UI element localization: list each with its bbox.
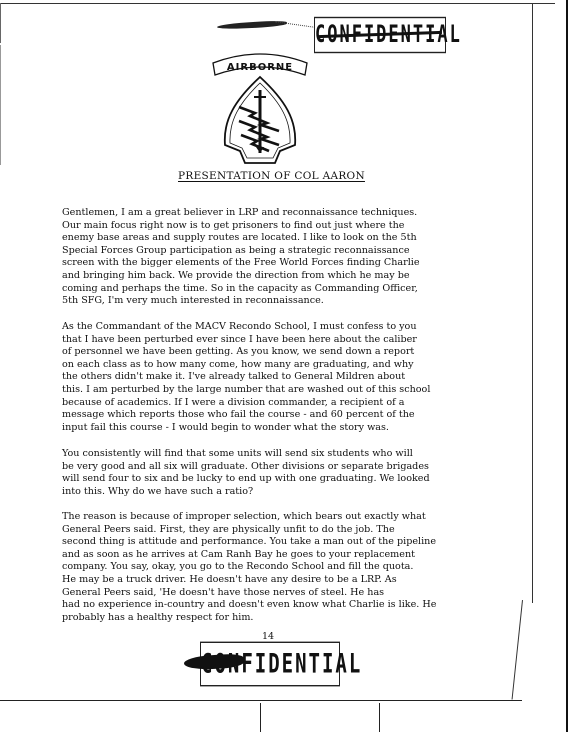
- text-line: company. You say, okay, you go to the Re…: [62, 561, 522, 574]
- paragraph-1: Gentlemen, I am a great believer in LRP …: [62, 207, 522, 308]
- page-edge-left-lower: [0, 45, 1, 165]
- text-line: second thing is attitude and performance…: [62, 536, 522, 549]
- text-line: enemy base areas and supply routes are l…: [62, 232, 522, 245]
- text-line: The reason is because of improper select…: [62, 511, 522, 524]
- text-line: that I have been perturbed ever since I …: [62, 334, 522, 347]
- text-line: the others didn't make it. I've already …: [62, 371, 522, 384]
- paragraph-3: You consistently will find that some uni…: [62, 448, 522, 498]
- text-line: 5th SFG, I'm very much interested in rec…: [62, 295, 522, 308]
- text-line: Our main focus right now is to get priso…: [62, 220, 522, 233]
- text-line: will send four to six and be lucky to en…: [62, 473, 522, 486]
- text-line: He may be a truck driver. He doesn't hav…: [62, 574, 522, 587]
- document-title: PRESENTATION OF COL AARON: [178, 170, 365, 182]
- page-edge-left: [0, 3, 1, 43]
- text-line: Gentlemen, I am a great believer in LRP …: [62, 207, 522, 220]
- text-line: of personnel we have been getting. As yo…: [62, 346, 522, 359]
- text-line: this. I am perturbed by the large number…: [62, 384, 522, 397]
- text-line: on each class as to how many come, how m…: [62, 359, 522, 372]
- page-edge-top: [0, 3, 555, 4]
- text-line: General Peers said. First, they are phys…: [62, 524, 522, 537]
- text-line: probably has a healthy respect for him.: [62, 612, 522, 625]
- paragraph-2: As the Commandant of the MACV Recondo Sc…: [62, 321, 522, 434]
- text-line: and as soon as he arrives at Cam Ranh Ba…: [62, 549, 522, 562]
- paragraph-4: The reason is because of improper select…: [62, 511, 522, 624]
- special-forces-insignia-icon: AIRBORNE: [205, 45, 315, 170]
- text-line: had no experience in-country and doesn't…: [62, 599, 522, 612]
- page-number: 14: [262, 631, 274, 642]
- text-line: Special Forces Group participation as be…: [62, 245, 522, 258]
- next-page-divider: [379, 703, 380, 732]
- text-line: and bringing him back. We provide the di…: [62, 270, 522, 283]
- page-edge-bottom: [0, 700, 522, 701]
- text-line: because of academics. If I were a divisi…: [62, 397, 522, 410]
- next-page-divider: [260, 703, 261, 732]
- airborne-tab: AIRBORNE: [227, 62, 293, 73]
- text-line: You consistently will find that some uni…: [62, 448, 522, 461]
- text-line: General Peers said, 'He doesn't have tho…: [62, 587, 522, 600]
- text-line: input fail this course - I would begin t…: [62, 422, 522, 435]
- text-line: As the Commandant of the MACV Recondo Sc…: [62, 321, 522, 334]
- text-line: screen with the bigger elements of the F…: [62, 257, 522, 270]
- text-line: be very good and all six will graduate. …: [62, 461, 522, 474]
- page-edge-right: [532, 3, 533, 603]
- text-line: coming and perhaps the time. So in the c…: [62, 283, 522, 296]
- text-line: into this. Why do we have such a ratio?: [62, 486, 522, 499]
- text-line: message which reports those who fail the…: [62, 409, 522, 422]
